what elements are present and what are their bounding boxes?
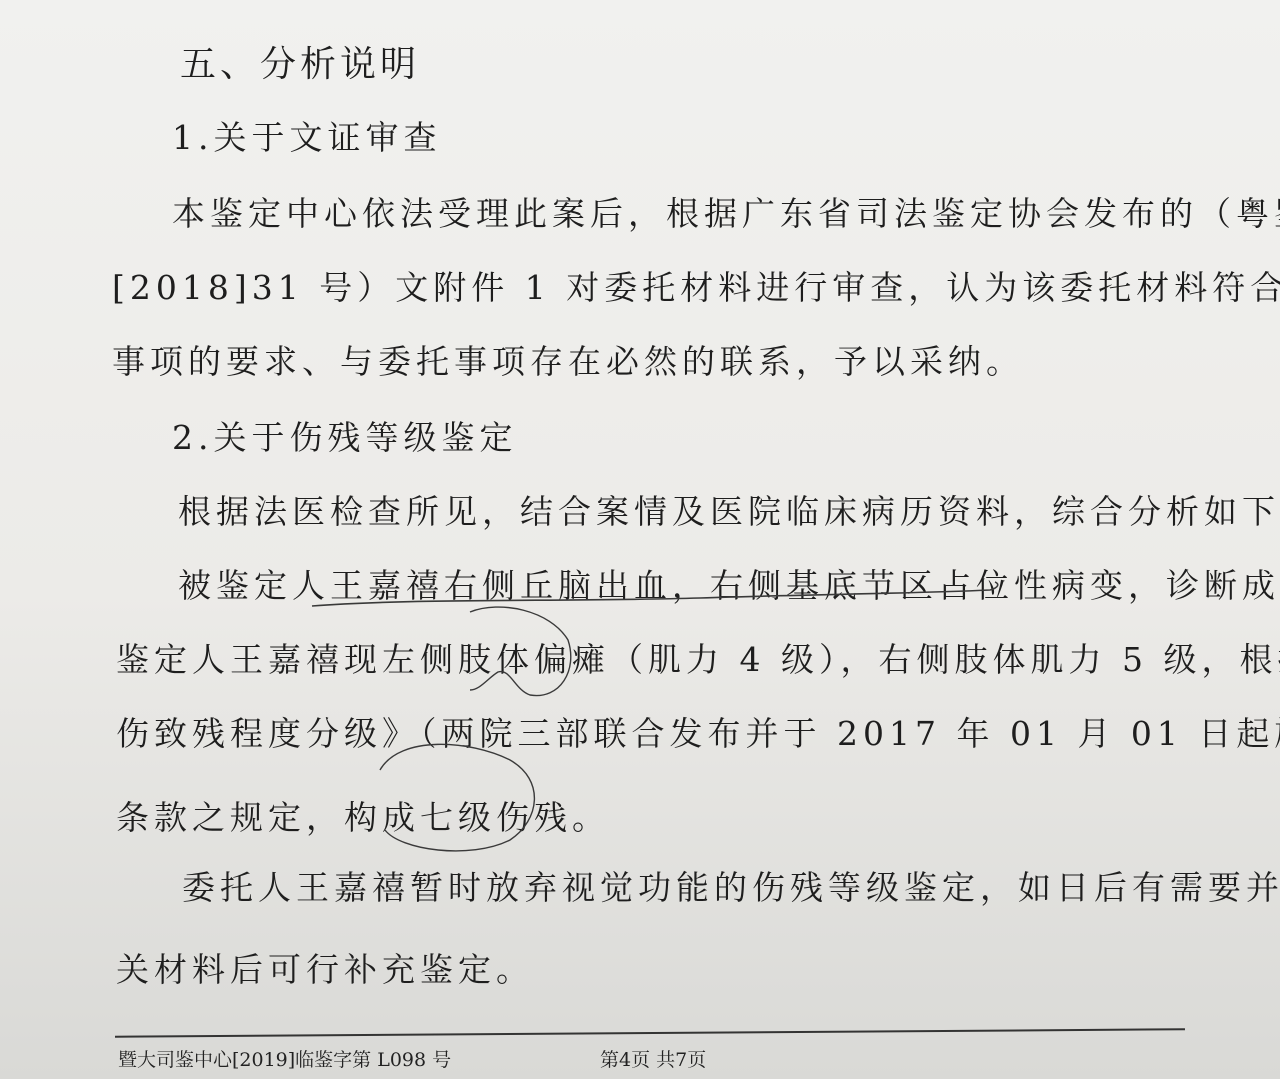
subsection-heading-1: 1.关于文证审查 [172,112,442,159]
paragraph-line: 伤致残程度分级》（两院三部联合发布并于 2017 年 01 月 01 日起施行）… [116,708,1280,755]
page-info: 第4页 共7页 [600,1045,706,1072]
case-number: 暨大司鉴中心[2019]临鉴字第 L098 号 [118,1045,451,1072]
paragraph-line: 事项的要求、与委托事项存在必然的联系，予以采纳。 [112,336,1024,383]
paragraph-line: 被鉴定人王嘉禧右侧丘脑出血，右侧基底节区占位性病变，诊断成立。被 [178,560,1280,607]
paragraph-line: 鉴定人王嘉禧现左侧肢体偏瘫（肌力 4 级），右侧肢体肌力 5 级，根据《人体损 [116,634,1280,681]
paragraph-line: 本鉴定中心依法受理此案后，根据广东省司法鉴定协会发布的（粤鉴协 [172,188,1280,235]
paragraph-line: 关材料后可行补充鉴定。 [116,944,534,991]
paragraph-line: 条款之规定，构成七级伤残。 [116,792,610,839]
paragraph-line: 委托人王嘉禧暂时放弃视觉功能的伤残等级鉴定，如日后有需要并补充相 [182,862,1280,909]
section-title: 五、分析说明 [180,36,420,87]
footer-divider [115,1028,1185,1037]
paragraph-line: [2018]31 号）文附件 1 对委托材料进行审查，认为该委托材料符合并满足委… [112,262,1280,309]
paragraph-line: 根据法医检查所见，结合案情及医院临床病历资料，综合分析如下： [178,486,1280,533]
handwritten-annotations [0,0,1280,1079]
subsection-heading-2: 2.关于伤残等级鉴定 [172,412,518,459]
